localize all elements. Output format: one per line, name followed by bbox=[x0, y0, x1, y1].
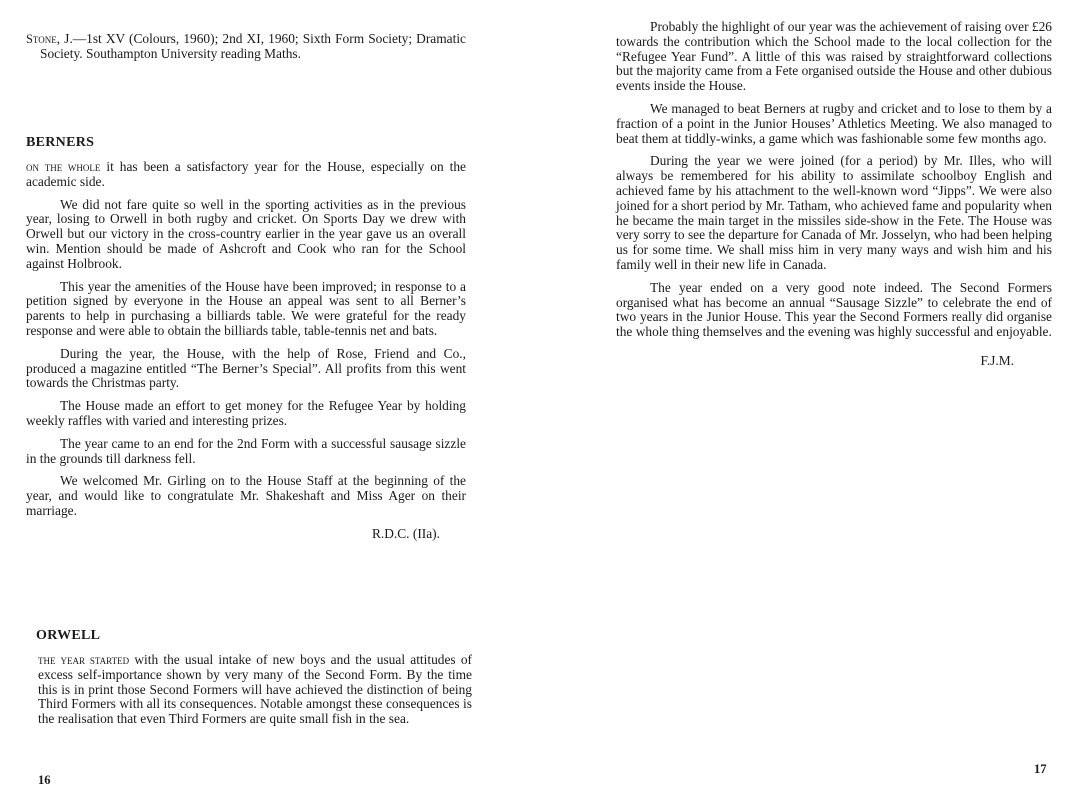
berners-signature: R.D.C. (IIa). bbox=[26, 527, 440, 542]
orwell-heading: ORWELL bbox=[36, 628, 100, 644]
left-page: Stone, J.—1st XV (Colours, 1960); 2nd XI… bbox=[0, 0, 538, 800]
berners-paragraph: During the year, the House, with the hel… bbox=[26, 347, 466, 391]
berners-paragraph: The House made an effort to get money fo… bbox=[26, 399, 466, 429]
orwell-continued: Probably the highlight of our year was t… bbox=[616, 20, 1052, 369]
berners-heading: BERNERS bbox=[26, 135, 94, 151]
stone-details: , J.—1st XV (Colours, 1960); 2nd XI, 196… bbox=[40, 31, 466, 61]
stone-name: Stone bbox=[26, 32, 57, 46]
orwell-paragraph: The year ended on a very good note indee… bbox=[616, 281, 1052, 340]
right-page: Probably the highlight of our year was t… bbox=[538, 0, 1076, 800]
orwell-intro-lead: the year started bbox=[38, 653, 129, 667]
berners-paragraph: We did not fare quite so well in the spo… bbox=[26, 198, 466, 272]
berners-paragraph: We welcomed Mr. Girling on to the House … bbox=[26, 474, 466, 518]
orwell-paragraph: During the year we were joined (for a pe… bbox=[616, 154, 1052, 272]
stone-entry: Stone, J.—1st XV (Colours, 1960); 2nd XI… bbox=[26, 32, 466, 62]
orwell-intro: the year started with the usual intake o… bbox=[38, 653, 472, 727]
orwell-signature: F.J.M. bbox=[616, 354, 1014, 369]
orwell-paragraph: Probably the highlight of our year was t… bbox=[616, 20, 1052, 94]
orwell-section: the year started with the usual intake o… bbox=[38, 653, 472, 735]
orwell-paragraph: We managed to beat Berners at rugby and … bbox=[616, 102, 1052, 146]
page-number-left: 16 bbox=[38, 773, 51, 788]
berners-paragraph: The year came to an end for the 2nd Form… bbox=[26, 437, 466, 467]
berners-intro-lead: on the whole bbox=[26, 160, 100, 174]
berners-section: on the whole it has been a satisfactory … bbox=[26, 160, 466, 542]
berners-paragraph: This year the amenities of the House hav… bbox=[26, 280, 466, 339]
page-number-right: 17 bbox=[1034, 762, 1047, 777]
berners-intro: on the whole it has been a satisfactory … bbox=[26, 160, 466, 190]
